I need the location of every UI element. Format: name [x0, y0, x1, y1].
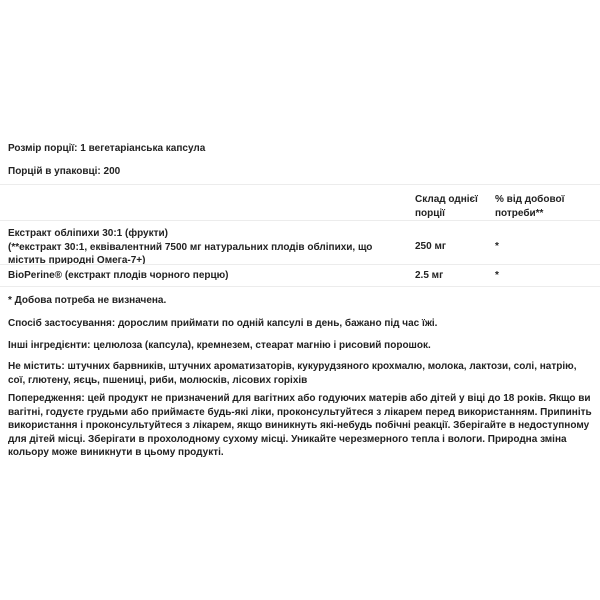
ingredient-amount: 2.5 мг: [415, 269, 490, 283]
supplement-facts-table: Склад однієї порції % від добової потреб…: [0, 184, 600, 287]
header-daily-value: % від добової потреби**: [495, 193, 595, 220]
ingredient-daily-value: *: [495, 240, 595, 254]
daily-value-footnote: * Добова потреба не визначена.: [8, 294, 594, 308]
ingredient-amount: 250 мг: [415, 240, 490, 254]
ingredient-title: Екстракт обліпихи 30:1 (фрукти): [8, 227, 408, 241]
free-from-statement: Не містить: штучних барвників, штучних а…: [8, 360, 594, 387]
table-header-row: Склад однієї порції % від добової потреб…: [0, 184, 600, 220]
table-row: BioPerine® (екстракт плодів чорного перц…: [0, 264, 600, 287]
other-ingredients: Інші інгредієнти: целюлоза (капсула), кр…: [8, 339, 594, 353]
table-row: Екстракт обліпихи 30:1 (фрукти) (**екстр…: [0, 220, 600, 264]
ingredient-daily-value: *: [495, 269, 595, 283]
servings-per-container: Порцій в упаковці: 200: [8, 165, 592, 179]
ingredient-name: Екстракт обліпихи 30:1 (фрукти) (**екстр…: [8, 227, 408, 268]
warning-statement: Попередження: цей продукт не призначений…: [8, 392, 594, 460]
ingredient-name: BioPerine® (екстракт плодів чорного перц…: [8, 269, 408, 283]
header-amount-per-serving: Склад однієї порції: [415, 193, 490, 220]
usage-instructions: Спосіб застосування: дорослим приймати п…: [8, 317, 594, 331]
serving-size: Розмір порції: 1 вегетаріанська капсула: [8, 142, 592, 156]
